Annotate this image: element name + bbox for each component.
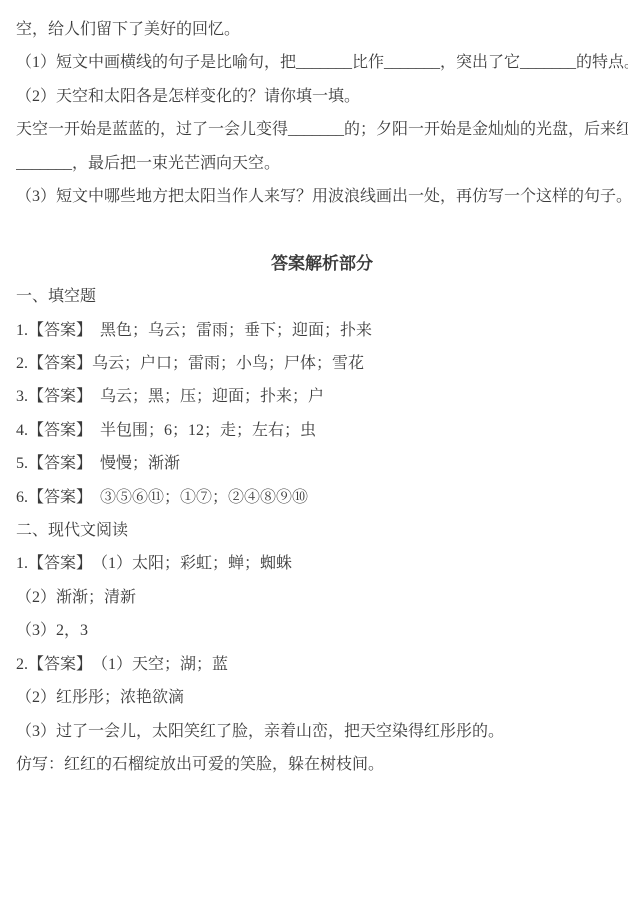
section-1-title-fill-in-blanks: 一、填空题 <box>16 280 628 313</box>
section-2-title-modern-reading: 二、现代文阅读 <box>16 514 628 547</box>
question-1-simile-fill-blank: （1）短文中画横线的句子是比喻句，把_______比作_______，突出了它_… <box>16 46 628 79</box>
imitation-sentence-line: 仿写：红红的石榴绽放出可爱的笑脸，躲在树枝间。 <box>16 748 628 781</box>
reading-answer-2-part-3: （3）过了一会儿，太阳笑红了脸，亲着山峦，把天空染得红彤彤的。 <box>16 715 628 748</box>
reading-answer-1-part-2: （2）渐渐；清新 <box>16 581 628 614</box>
exam-document-page: 空，给人们留下了美好的回忆。 （1）短文中画横线的句子是比喻句，把_______… <box>0 0 640 781</box>
answer-item-5: 5.【答案】 慢慢；渐渐 <box>16 447 628 480</box>
reading-answer-2-part-1: 2.【答案】 （1）天空；湖；蓝 <box>16 648 628 681</box>
answer-item-1: 1.【答案】 黑色；乌云；雷雨；垂下；迎面；扑来 <box>16 314 628 347</box>
question-2-fill-line-2: _______，最后把一束光芒洒向天空。 <box>16 147 628 180</box>
reading-answer-1-part-3: （3）2，3 <box>16 614 628 647</box>
answer-item-4: 4.【答案】 半包围；6；12；走；左右；虫 <box>16 414 628 447</box>
question-2-fill-line-1: 天空一开始是蓝蓝的，过了一会儿变得_______的；夕阳一开始是金灿灿的光盘，后… <box>16 113 628 146</box>
answer-item-2: 2.【答案】乌云；户口；雷雨；小鸟；尸体；雪花 <box>16 347 628 380</box>
question-3-prompt: （3）短文中哪些地方把太阳当作人来写？用波浪线画出一处，再仿写一个这样的句子。 <box>16 180 628 213</box>
passage-continuation-line: 空，给人们留下了美好的回忆。 <box>16 13 628 46</box>
answer-item-3: 3.【答案】 乌云；黑；压；迎面；扑来；户 <box>16 380 628 413</box>
answer-section-heading: 答案解析部分 <box>16 247 628 280</box>
answer-item-6: 6.【答案】 ③⑤⑥⑪；①⑦；②④⑧⑨⑩ <box>16 481 628 514</box>
reading-answer-2-part-2: （2）红彤彤；浓艳欲滴 <box>16 681 628 714</box>
reading-answer-1-part-1: 1.【答案】 （1）太阳；彩虹；蝉；蜘蛛 <box>16 547 628 580</box>
question-2-prompt: （2）天空和太阳各是怎样变化的？请你填一填。 <box>16 80 628 113</box>
